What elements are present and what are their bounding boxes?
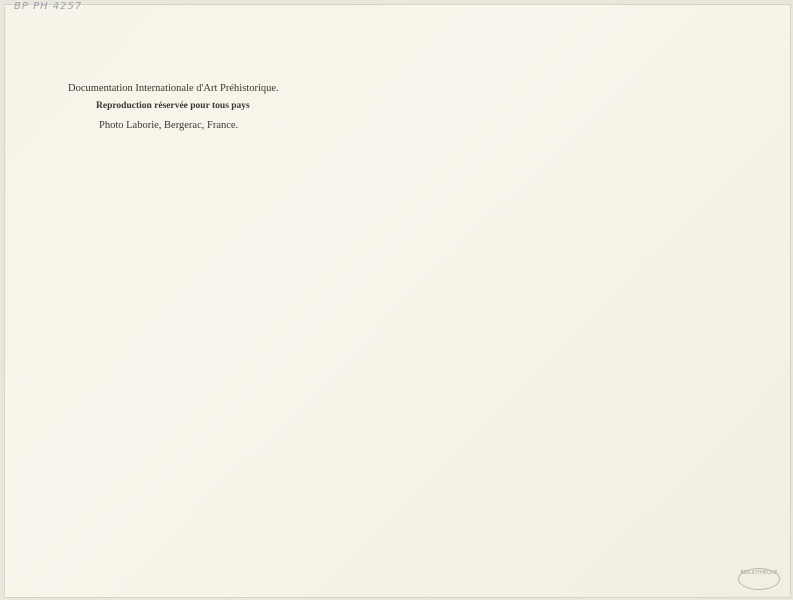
stamp-text: BIBLIOTHÈQUE — [740, 570, 777, 576]
caption-line-1: Documentation Internationale d'Art Préhi… — [68, 83, 279, 94]
library-stamp: BIBLIOTHÈQUE — [738, 568, 780, 590]
shelf-mark: BP PH 4257 — [14, 1, 82, 12]
caption-line-2: Reproduction réservée pour tous pays — [96, 101, 250, 111]
caption-line-3: Photo Laborie, Bergerac, France. — [99, 120, 238, 131]
